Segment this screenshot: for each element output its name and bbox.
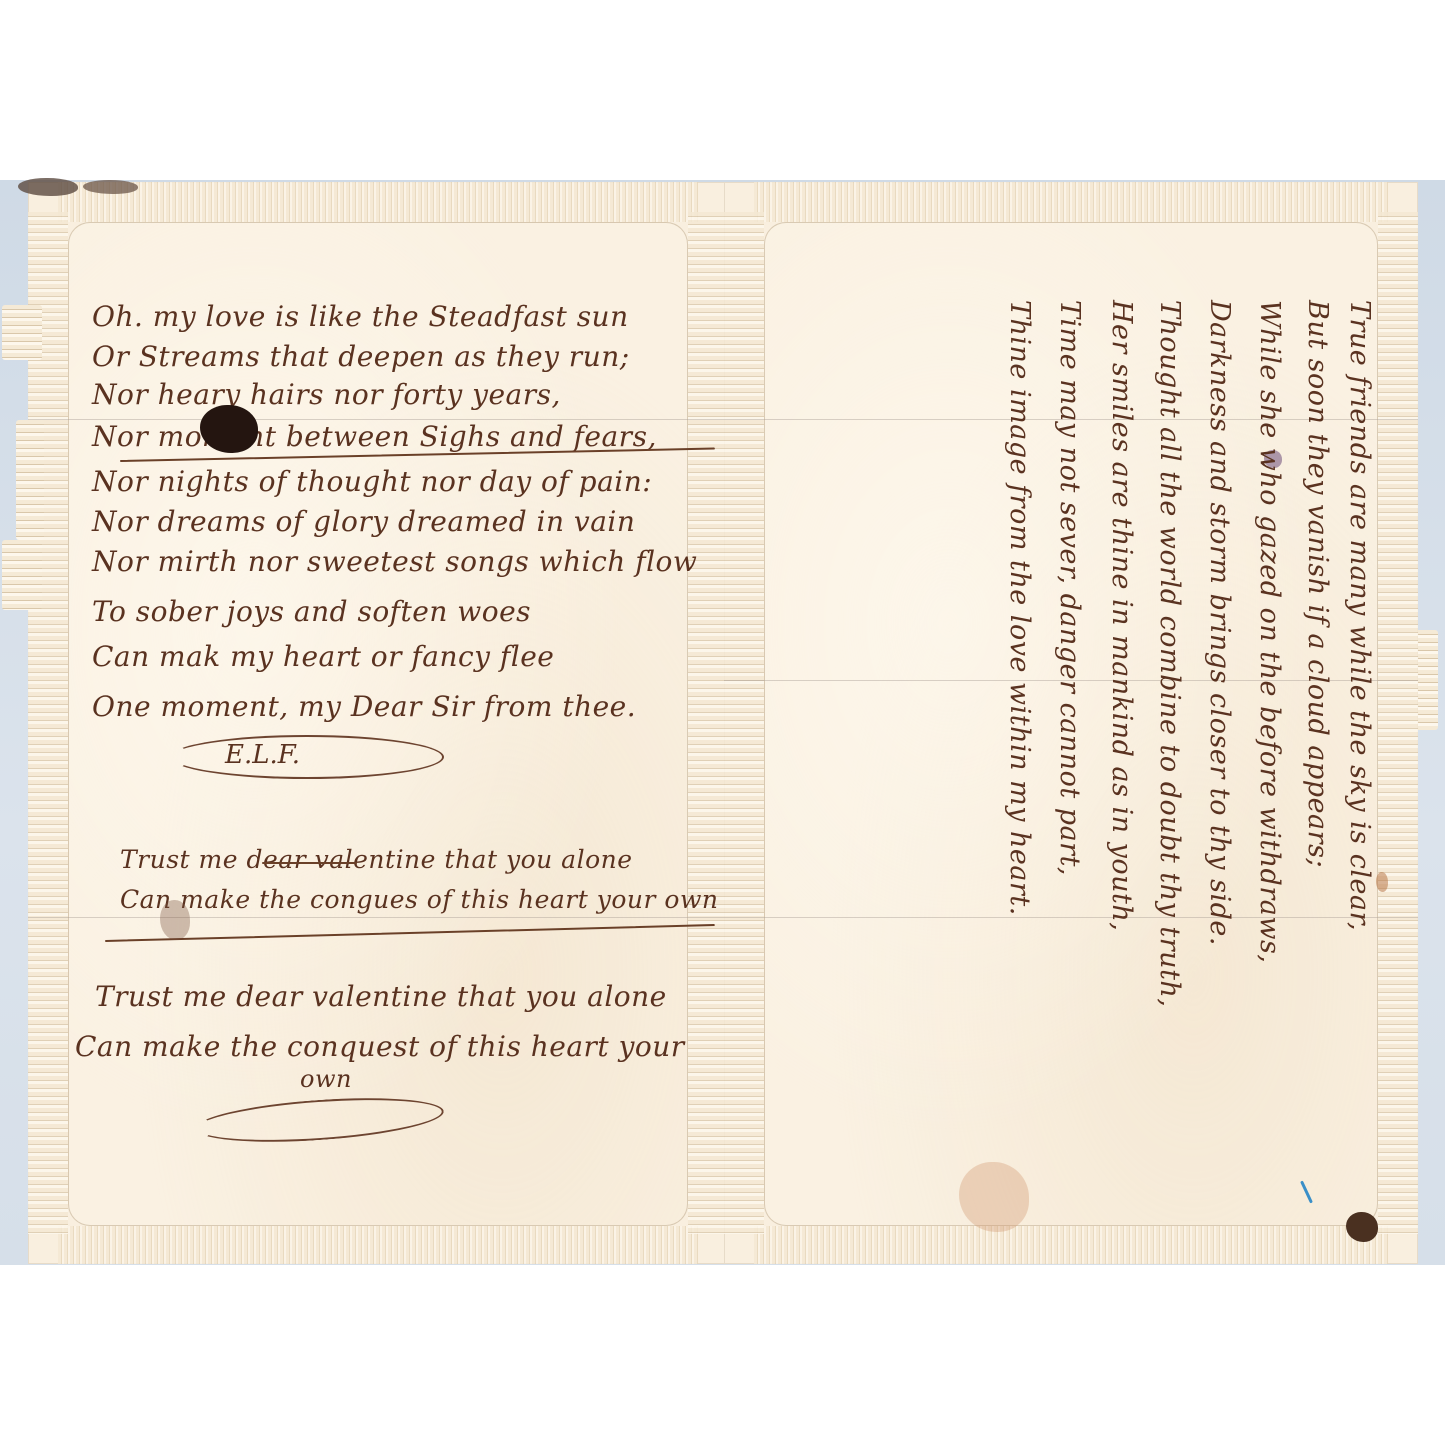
poem-line: To sober joys and soften woes bbox=[92, 595, 531, 628]
verse-final-line: Can make the conquest of this heart your bbox=[75, 1030, 685, 1063]
poem-line: Or Streams that deepen as they run; bbox=[92, 340, 630, 373]
ink-stain bbox=[18, 178, 78, 196]
embossed-border-right bbox=[688, 212, 728, 1234]
ink-stain bbox=[83, 180, 138, 194]
poem-line: Nor nights of thought nor day of pain: bbox=[92, 465, 652, 498]
embossed-border-top bbox=[754, 182, 1388, 222]
embossed-border-left bbox=[28, 212, 68, 1234]
torn-tab bbox=[16, 420, 44, 540]
poem-line: Can mak my heart or fancy flee bbox=[92, 640, 554, 673]
poem-line: Thought all the world combine to doubt t… bbox=[1154, 300, 1185, 1007]
poem-line: While she who gazed on the before withdr… bbox=[1254, 300, 1285, 963]
torn-tab bbox=[2, 305, 42, 360]
poem-line: Nor heary hairs nor forty years, bbox=[92, 378, 561, 411]
poem-line: Nor moment between Sighs and fears, bbox=[92, 420, 657, 453]
poem-line: True friends are many while the sky is c… bbox=[1344, 300, 1375, 931]
poem-line: Nor dreams of glory dreamed in vain bbox=[92, 505, 635, 538]
embossed-border-bottom bbox=[58, 1226, 698, 1264]
poem-line: Oh. my love is like the Steadfast sun bbox=[92, 300, 629, 333]
torn-tab bbox=[2, 540, 42, 610]
poem-line: Darkness and storm brings closer to thy … bbox=[1204, 300, 1235, 946]
verse-final-line: own bbox=[300, 1065, 352, 1093]
right-poem: True friends are many while the sky is c… bbox=[965, 290, 1385, 1240]
poem-line: One moment, my Dear Sir from thee. bbox=[92, 690, 636, 723]
poem-line: Nor mirth nor sweetest songs which flow bbox=[92, 545, 697, 578]
stain bbox=[160, 900, 190, 940]
embossed-border-left bbox=[724, 212, 764, 1234]
signature-flourish bbox=[170, 735, 444, 779]
poem-line: Her smiles are thine in mankind as in yo… bbox=[1106, 300, 1137, 931]
verse-draft-line: Trust me dear valentine that you alone bbox=[120, 845, 633, 874]
strikethrough bbox=[262, 862, 357, 864]
embossed-border-top bbox=[58, 182, 698, 222]
ink-blot bbox=[200, 405, 258, 453]
poem-line: But soon they vanish if a cloud appears; bbox=[1302, 300, 1333, 868]
verse-draft-line: Can make the congues of this heart your … bbox=[120, 885, 718, 914]
verse-final-line: Trust me dear valentine that you alone bbox=[95, 980, 667, 1013]
poem-line: Thine image from the love within my hear… bbox=[1004, 300, 1035, 916]
poem-line: Time may not sever, danger cannot part, bbox=[1054, 300, 1085, 876]
fold-line bbox=[28, 917, 728, 918]
